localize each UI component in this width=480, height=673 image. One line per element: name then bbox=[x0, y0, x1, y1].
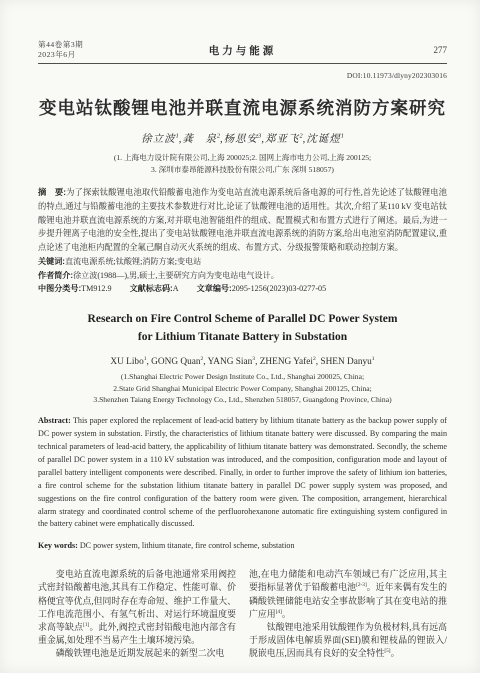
keywords-en-label: Key words: bbox=[38, 541, 78, 550]
paper-page: 第44卷第3期 2023年6月 电力与能源 277 DOI:10.11973/d… bbox=[0, 0, 480, 673]
right-column: 池,在电力储能和电动汽车领域已有广泛应用,其主要指标显著优于铅酸蓄电池[2-3]… bbox=[249, 568, 447, 660]
abstract-zh-text: 为了探索钛酸锂电池取代铅酸蓄电池作为变电站直流电源系统后备电源的可行性,首先论述… bbox=[38, 188, 447, 252]
issue-info: 第44卷第3期 2023年6月 bbox=[38, 40, 124, 60]
author-name: 徐立波 bbox=[141, 134, 176, 145]
citation-superscript: [2-3] bbox=[356, 582, 367, 588]
body-paragraph: 钛酸锂电池采用钛酸锂作为负极材料,具有远高于形成固体电解质界面(SEI)膜和锂枝… bbox=[249, 621, 447, 661]
citation-superscript: [1] bbox=[83, 622, 89, 628]
volume-issue: 第44卷第3期 bbox=[38, 40, 124, 50]
body-paragraph: 磷酸铁锂电池是近期发展起来的新型二次电 bbox=[38, 647, 236, 660]
author-bio-label: 作者简介: bbox=[38, 271, 73, 280]
authors-zh: 徐立波1,龚 泉2,杨思安3,郑亚飞2,沈诞煜1 bbox=[38, 131, 447, 146]
author-name: 龚 泉 bbox=[182, 134, 217, 145]
journal-name: 电力与能源 bbox=[124, 43, 361, 58]
classification-line: 中图分类号:TM912.9 文献标志码:A 文章编号:2095-1256(202… bbox=[38, 282, 447, 296]
paper-title-zh: 变电站钛酸锂电池并联直流电源系统消防方案研究 bbox=[38, 95, 447, 120]
article-id: 文章编号:2095-1256(2023)03-0277-05 bbox=[197, 282, 327, 296]
author-name: 沈诞煜 bbox=[306, 134, 341, 145]
keywords-zh: 关键词:直流电源系统;钛酸锂;消防方案;变电站 bbox=[38, 255, 447, 269]
authors-en: XU Libo1, GONG Quan2, YANG Sian3, ZHENG … bbox=[38, 357, 447, 367]
issue-date: 2023年6月 bbox=[38, 50, 124, 60]
author-name: GONG Quan bbox=[151, 357, 200, 367]
keywords-en: Key words: DC power system, lithium tita… bbox=[38, 540, 447, 553]
author-bio: 作者简介:徐立波(1988—),男,硕士,主要研究方向为变电站电气设计。 bbox=[38, 269, 447, 283]
citation-superscript: [4] bbox=[276, 609, 282, 615]
author-name: SHEN Danyu bbox=[320, 357, 371, 367]
keywords-zh-label: 关键词: bbox=[38, 257, 65, 266]
keywords-en-text: DC power system, lithium titanate, fire … bbox=[78, 541, 295, 550]
affiliations-zh: (1. 上海电力设计院有限公司,上海 200025;2. 国网上海市电力公司,上… bbox=[38, 152, 447, 175]
left-column: 变电站直流电源系统的后备电池通常采用阀控式密封铅酸蓄电池,其具有工作稳定、性能可… bbox=[38, 568, 236, 660]
author-bio-text: 徐立波(1988—),男,硕士,主要研究方向为变电站电气设计。 bbox=[73, 271, 279, 280]
keywords-zh-text: 直流电源系统;钛酸锂;消防方案;变电站 bbox=[65, 257, 201, 266]
author-name: YANG Sian bbox=[208, 357, 253, 367]
abstract-en-label: Abstract: bbox=[38, 416, 71, 425]
abstract-zh-label: 摘 要: bbox=[38, 187, 66, 197]
author-name: XU Libo bbox=[110, 357, 143, 367]
doi-text: DOI:10.11973/dlyny202303016 bbox=[38, 71, 447, 80]
body-text: 变电站直流电源系统的后备电池通常采用阀控式密封铅酸蓄电池,其具有工作稳定、性能可… bbox=[38, 568, 447, 660]
clc-number: 中图分类号:TM912.9 bbox=[38, 282, 112, 296]
abstract-en: Abstract: This paper explored the replac… bbox=[38, 415, 447, 531]
author-name: ZHENG Yafei bbox=[260, 357, 313, 367]
paper-title-en: Research on Fire Control Scheme of Paral… bbox=[38, 310, 447, 346]
abstract-en-text: This paper explored the replacement of l… bbox=[38, 416, 447, 528]
page-number: 277 bbox=[361, 45, 447, 55]
body-paragraph: 池,在电力储能和电动汽车领域已有广泛应用,其主要指标显著优于铅酸蓄电池[2-3]… bbox=[249, 568, 447, 621]
body-paragraph: 变电站直流电源系统的后备电池通常采用阀控式密封铅酸蓄电池,其具有工作稳定、性能可… bbox=[38, 568, 236, 647]
journal-header: 第44卷第3期 2023年6月 电力与能源 277 bbox=[38, 40, 447, 64]
citation-superscript: [5] bbox=[384, 648, 390, 654]
author-name: 杨思安 bbox=[224, 134, 259, 145]
affiliations-en: (1.Shanghai Electric Power Design Instit… bbox=[38, 371, 447, 406]
document-code: 文献标志码:A bbox=[130, 282, 179, 296]
author-name: 郑亚飞 bbox=[265, 134, 300, 145]
abstract-zh: 摘 要:为了探索钛酸锂电池取代铅酸蓄电池作为变电站直流电源系统后备电源的可行性,… bbox=[38, 186, 447, 255]
